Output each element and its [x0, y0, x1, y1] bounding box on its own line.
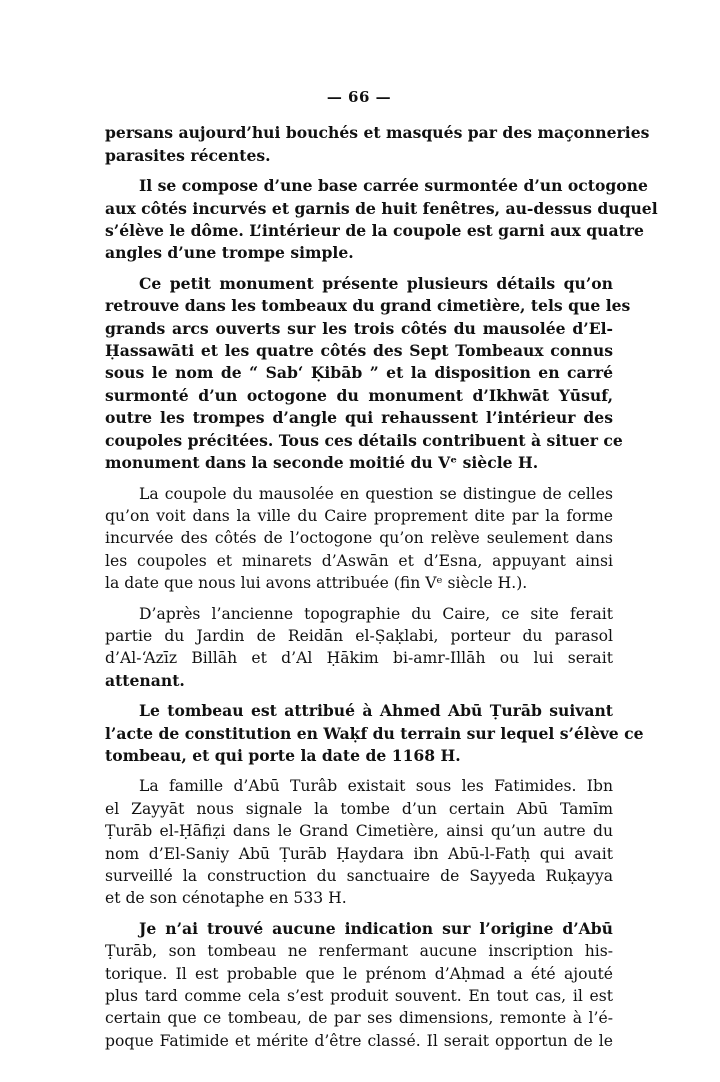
text-line: el Zayyāt nous signale la tombe d’un cer…: [105, 798, 613, 820]
text-line: monument dans la seconde moitié du Vᵉ si…: [105, 452, 613, 474]
paragraph-attribution: Le tombeau est attribué à Ahmed Abū Ṭurā…: [105, 700, 613, 767]
paragraph-topography: D’après l’ancienne topographie du Caire,…: [105, 603, 613, 693]
page-number: — 66 —: [105, 86, 613, 108]
text-line: La coupole du mausolée en question se di…: [105, 483, 613, 505]
paragraph-description: Il se compose d’une base carrée surmonté…: [105, 175, 613, 265]
text-line: incurvée des côtés de l’octogone qu’on r…: [105, 527, 613, 549]
document-page: — 66 — persans aujourd’hui bouchés et ma…: [105, 86, 613, 1060]
text-line: Il se compose d’une base carrée surmonté…: [105, 175, 613, 197]
text-line: qu’on voit dans la ville du Caire propre…: [105, 505, 613, 527]
paragraph-cupola: La coupole du mausolée en question se di…: [105, 483, 613, 595]
paragraph-origin: Je n’ai trouvé aucune indication sur l’o…: [105, 918, 613, 1052]
text-line: sous le nom de “ Sab‘ Ḳibāb ” et la disp…: [105, 362, 613, 384]
text-line: Ḥassawāti et les quatre côtés des Sept T…: [105, 340, 613, 362]
text-line: Ce petit monument présente plusieurs dét…: [105, 273, 613, 295]
text-line: aux côtés incurvés et garnis de huit fen…: [105, 198, 613, 220]
text-line: d’Al-‘Azīz Billāh et d’Al Ḥākim bi-amr-I…: [105, 647, 613, 669]
text-line: s’élève le dôme. L’intérieur de la coupo…: [105, 220, 613, 242]
text-line: Je n’ai trouvé aucune indication sur l’o…: [105, 918, 613, 940]
paragraph-family: La famille d’Abū Turâb existait sous les…: [105, 775, 613, 909]
text-line: La famille d’Abū Turâb existait sous les…: [105, 775, 613, 797]
text-line: plus tard comme cela s’est produit souve…: [105, 985, 613, 1007]
text-line: Le tombeau est attribué à Ahmed Abū Ṭurā…: [105, 700, 613, 722]
text-line: surmonté d’un octogone du monument d’Ikh…: [105, 385, 613, 407]
text-line: grands arcs ouverts sur les trois côtés …: [105, 318, 613, 340]
text-line: la date que nous lui avons attribuée (fi…: [105, 572, 613, 594]
text-line: coupoles précitées. Tous ces détails con…: [105, 430, 613, 452]
paragraph-continuation: persans aujourd’hui bouchés et masqués p…: [105, 122, 613, 167]
text-line: nom d’El-Saniy Abū Ṭurāb Ḥaydara ibn Abū…: [105, 843, 613, 865]
text-line: angles d’une trompe simple.: [105, 242, 613, 264]
text-line: surveillé la construction du sanctuaire …: [105, 865, 613, 887]
text-line: partie du Jardin de Reidān el-Ṣaḳlabi, p…: [105, 625, 613, 647]
text-line: et de son cénotaphe en 533 H.: [105, 887, 613, 909]
text-line: D’après l’ancienne topographie du Caire,…: [105, 603, 613, 625]
text-line: torique. Il est probable que le prénom d…: [105, 963, 613, 985]
text-line: Ṭurāb el-Ḥāfiẓi dans le Grand Cimetière,…: [105, 820, 613, 842]
text-line: retrouve dans les tombeaux du grand cime…: [105, 295, 613, 317]
paragraph-comparison: Ce petit monument présente plusieurs dét…: [105, 273, 613, 475]
text-line: parasites récentes.: [105, 145, 613, 167]
text-line: poque Fatimide et mérite d’être classé. …: [105, 1030, 613, 1052]
text-line: outre les trompes d’angle qui rehaussent…: [105, 407, 613, 429]
text-line: attenant.: [105, 670, 613, 692]
text-line: certain que ce tombeau, de par ses dimen…: [105, 1007, 613, 1029]
text-line: l’acte de constitution en Waḳf du terrai…: [105, 723, 613, 745]
text-line: Ṭurāb, son tombeau ne renfermant aucune …: [105, 940, 613, 962]
text-line: persans aujourd’hui bouchés et masqués p…: [105, 122, 613, 144]
text-line: les coupoles et minarets d’Aswān et d’Es…: [105, 550, 613, 572]
text-line: tombeau, et qui porte la date de 1168 H.: [105, 745, 613, 767]
